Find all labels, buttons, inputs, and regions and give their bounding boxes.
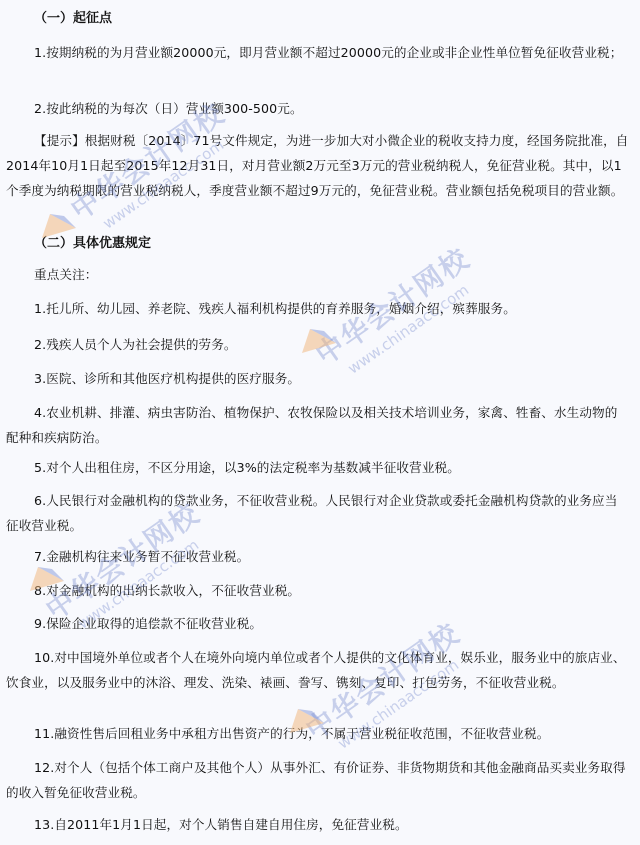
paragraph-threshold-2: 2.按此纳税的为每次（日）营业额300-500元。 xyxy=(6,96,630,121)
list-item: 8.对金融机构的出纳长款收入，不征收营业税。 xyxy=(6,578,630,603)
section-heading-threshold: （一）起征点 xyxy=(34,9,112,29)
list-item: 10.对中国境外单位或者个人在境外向境内单位或者个人提供的文化体育业，娱乐业，服… xyxy=(6,645,630,695)
list-item: 6.人民银行对金融机构的贷款业务，不征收营业税。人民银行对企业贷款或委托金融机构… xyxy=(6,488,630,538)
list-item: 9.保险企业取得的追偿款不征收营业税。 xyxy=(6,611,630,636)
list-item: 5.对个人出租住房，不区分用途，以3%的法定税率为基数减半征收营业税。 xyxy=(6,455,630,480)
list-item: 4.农业机耕、排灌、病虫害防治、植物保护、农牧保险以及相关技术培训业务，家禽、牲… xyxy=(6,400,630,450)
list-item: 1.托儿所、幼儿园、养老院、残疾人福利机构提供的育养服务，婚姻介绍，殡葬服务。 xyxy=(6,296,630,321)
section-heading-preferential: （二）具体优惠规定 xyxy=(34,234,151,254)
paragraph-tip: 【提示】根据财税〔2014〕71号文件规定，为进一步加大对小微企业的税收支持力度… xyxy=(6,128,630,203)
list-item: 13.自2011年1月1日起，对个人销售自建自用住房，免征营业税。 xyxy=(6,812,630,837)
paragraph-focus: 重点关注： xyxy=(6,262,630,287)
list-item: 11.融资性售后回租业务中承租方出售资产的行为，不属于营业税征收范围，不征收营业… xyxy=(6,721,630,746)
list-item: 12.对个人（包括个体工商户及其他个人）从事外汇、有价证券、非货物期货和其他金融… xyxy=(6,755,630,805)
list-item: 7.金融机构往来业务暂不征收营业税。 xyxy=(6,544,630,569)
paragraph-threshold-1: 1.按期纳税的为月营业额20000元，即月营业额不超过20000元的企业或非企业… xyxy=(6,40,630,65)
list-item: 3.医院、诊所和其他医疗机构提供的医疗服务。 xyxy=(6,366,630,391)
list-item: 2.残疾人员个人为社会提供的劳务。 xyxy=(6,332,630,357)
